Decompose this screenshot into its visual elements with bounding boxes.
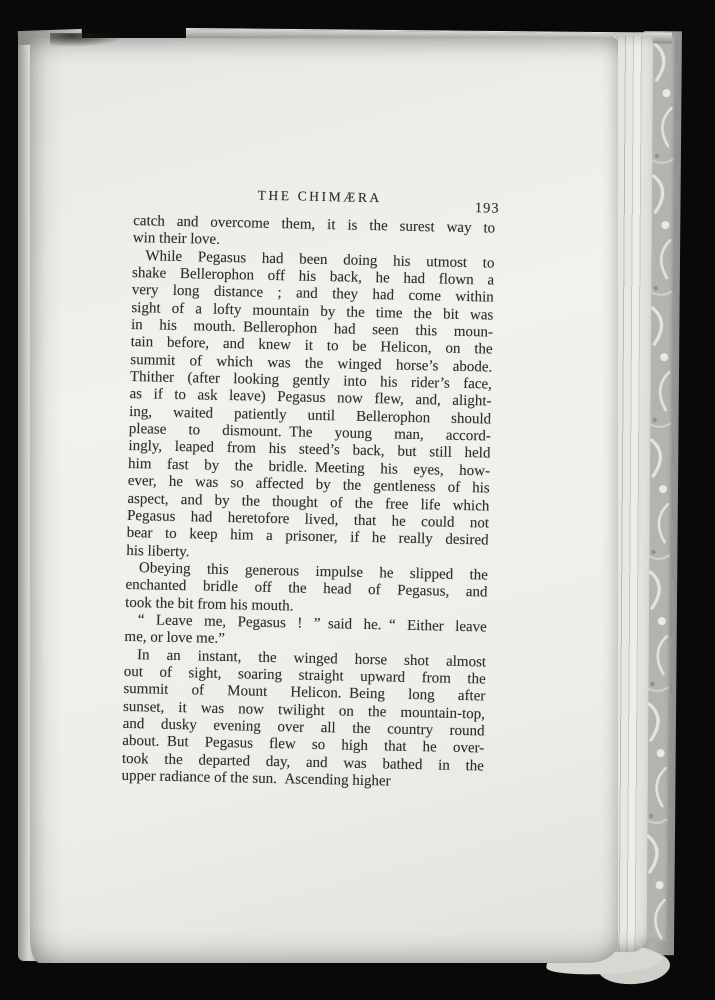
body-text: catch and overcome them, it is the sures…: [121, 213, 495, 793]
page-text-block: THE CHIMÆRA 193 catch and overcome them,…: [121, 184, 496, 793]
page-header: THE CHIMÆRA 193: [134, 184, 496, 210]
book-page: THE CHIMÆRA 193 catch and overcome them,…: [30, 38, 618, 963]
page-number: 193: [475, 200, 500, 218]
photo-background: THE CHIMÆRA 193 catch and overcome them,…: [0, 0, 715, 1000]
running-title: THE CHIMÆRA: [258, 188, 383, 206]
page-top-shadow: [50, 33, 124, 47]
